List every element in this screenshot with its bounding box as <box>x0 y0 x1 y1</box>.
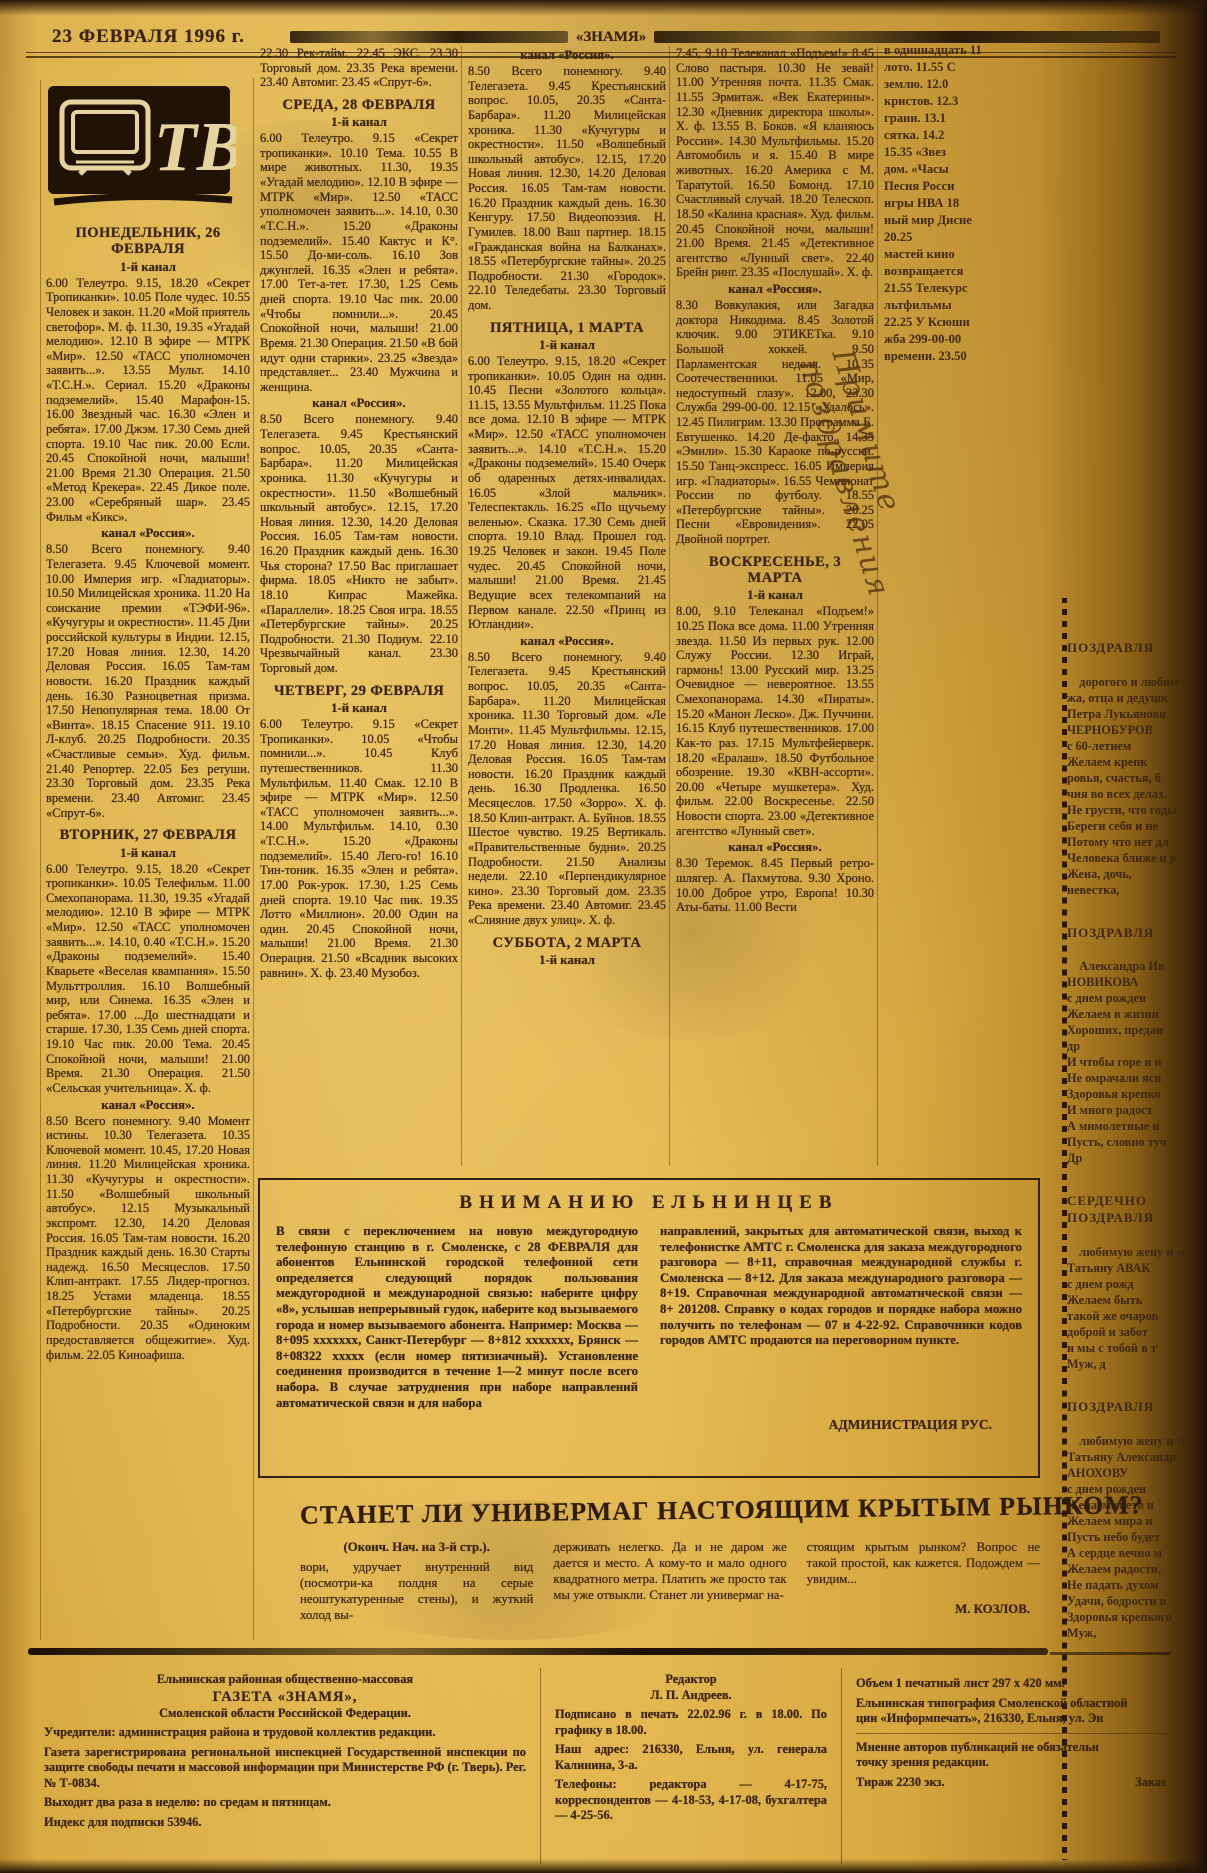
tv-listing-tuesday-ch2-cont: 22.30 Рек-тайм. 22.45 ЭКС. 23.30 Торговы… <box>260 46 458 90</box>
congrat-text: дорогого и любим жа, отца и дедушк Петра… <box>1067 675 1179 897</box>
tv-column-2: 22.30 Рек-тайм. 22.45 ЭКС. 23.30 Торговы… <box>260 46 458 1166</box>
channel-heading: 1-й канал <box>676 588 874 603</box>
imprint-volume: Объем 1 печатный лист 297 х 420 мм. <box>856 1676 1166 1692</box>
imprint-subscription-index: Индекс для подписки 53946. <box>44 1815 526 1831</box>
congrat-text: любимую жену и м Татьяну Александр АНОХО… <box>1067 1434 1185 1640</box>
day-heading-sunday: ВОСКРЕСЕНЬЕ, 3 МАРТА <box>680 554 870 587</box>
tv-column-1: ТВ ПОНЕДЕЛЬНИК, 26 ФЕВРАЛЯ 1-й канал 6.0… <box>46 80 250 1646</box>
congrat-text: Александра Ив НОВИКОВА с днем рожден Жел… <box>1067 959 1167 1165</box>
congrat-heading: ПОЗДРАВЛЯ <box>1067 925 1207 942</box>
channel-heading: 1-й канал <box>260 701 458 716</box>
channel-heading: 1-й канал <box>468 338 666 353</box>
issue-date: 23 ФЕВРАЛЯ 1996 г. <box>52 26 245 48</box>
notice-right-column: направлений, закрытых для автоматической… <box>660 1224 1022 1411</box>
channel-heading: канал «Россия». <box>676 840 874 855</box>
tv-listing-thursday-ch1: 6.00 Телеутро. 9.15 «Секрет Тропиканки».… <box>260 717 458 980</box>
footer-divider-fragment <box>1050 1652 1170 1655</box>
imprint-publisher-line: Ельнинская районная общественно-массовая <box>44 1672 526 1688</box>
imprint-right: Объем 1 печатный лист 297 х 420 мм. Ельн… <box>842 1668 1180 1864</box>
tv-listing-tuesday-ch1: 6.00 Телеутро. 9.15, 18.20 «Секрет тропи… <box>46 862 250 1096</box>
editor-name: Л. П. Андреев. <box>555 1688 827 1704</box>
article-body: (Оконч. Нач. на 3-й стр.). вори, удручае… <box>300 1540 1040 1624</box>
tv-listing-wednesday-ch2: 8.50 Всего понемногу. 9.40 Телегазета. 9… <box>260 412 458 675</box>
tv-listing-friday-ch1: 6.00 Телеутро. 9.15, 18.20 «Секрет тропи… <box>468 354 666 632</box>
imprint-print-time: Подписано в печать 22.02.96 г. в 18.00. … <box>555 1707 827 1738</box>
masthead-rule-left <box>290 31 568 43</box>
article-column-2: держивать нелегко. Да и не даром же дает… <box>553 1540 786 1624</box>
notice-box: ВНИМАНИЮ ЕЛЬНИНЦЕВ В связи с переключени… <box>258 1178 1040 1478</box>
day-heading-thursday: ЧЕТВЕРГ, 29 ФЕВРАЛЯ <box>264 683 454 699</box>
imprint-printhouse: Ельнинская типография Смоленской областн… <box>856 1696 1166 1727</box>
channel-heading: канал «Россия». <box>46 526 250 541</box>
channel-heading: канал «Россия». <box>468 48 666 63</box>
article-continuation-note: (Оконч. Нач. на 3-й стр.). <box>300 1540 533 1556</box>
torn-edge-tv-column: в одиннадцать 11 лото. 11.55 С землю. 12… <box>884 42 1184 582</box>
tv-logo-graphic: ТВ <box>46 84 236 212</box>
tv-program-logo: ТВ <box>46 84 250 217</box>
tv-listing-saturday-ch1: 7.45, 9.10 Телеканал «Подъем!» 8.45 Слов… <box>676 46 874 280</box>
day-heading-tuesday: ВТОРНИК, 27 ФЕВРАЛЯ <box>50 827 246 843</box>
channel-heading: канал «Россия». <box>676 282 874 297</box>
congrat-heading: ПОЗДРАВЛЯ <box>1067 640 1207 657</box>
day-heading-saturday: СУББОТА, 2 МАРТА <box>472 935 662 951</box>
article-text: вори, удручает внутренний вид (посмотри-… <box>300 1560 533 1622</box>
imprint-region: Смоленской области Российской Федерации. <box>44 1706 526 1722</box>
imprint-circulation-row: Тираж 2230 экз. Заказ <box>856 1775 1166 1791</box>
channel-heading: 1-й канал <box>46 260 250 275</box>
imprint-middle: Редактор Л. П. Андреев. Подписано в печа… <box>541 1668 841 1864</box>
channel-heading: 1-й канал <box>260 115 458 130</box>
imprint-left: Ельнинская районная общественно-массовая… <box>30 1668 540 1864</box>
imprint-founders: Учредители: администрация района и трудо… <box>44 1725 526 1741</box>
channel-heading: канал «Россия». <box>468 634 666 649</box>
article-column-3: стоящим крытым рынком? Вопрос не такой п… <box>807 1540 1040 1624</box>
column-rule <box>253 78 254 1640</box>
channel-heading: канал «Россия». <box>260 396 458 411</box>
tv-listing-friday-ch2: 8.50 Всего понемногу. 9.40 Телегазета. 9… <box>468 650 666 928</box>
channel-heading: 1-й канал <box>468 953 666 968</box>
tv-column-3: канал «Россия». 8.50 Всего понемногу. 9.… <box>468 46 666 1166</box>
tv-listing-sunday-ch2: 8.30 Теремок. 8.45 Первый ретро-шлягер. … <box>676 856 874 915</box>
column-rule <box>40 80 41 1640</box>
article-column-1: (Оконч. Нач. на 3-й стр.). вори, удручае… <box>300 1540 533 1624</box>
channel-heading: 1-й канал <box>46 846 250 861</box>
imprint-address: Наш адрес: 216330, Ельня, ул. генерала К… <box>555 1742 827 1773</box>
tv-listing-thursday-ch2: 8.50 Всего понемногу. 9.40 Телегазета. 9… <box>468 64 666 313</box>
channel-heading: канал «Россия». <box>46 1098 250 1113</box>
notice-left-column: В связи с переключением на новую междуго… <box>276 1224 638 1411</box>
imprint-footer: Ельнинская районная общественно-массовая… <box>30 1668 1180 1864</box>
newspaper-scan: 23 ФЕВРАЛЯ 1996 г. «ЗНАМЯ» ТВ <box>0 0 1207 1873</box>
svg-text:ТВ: ТВ <box>154 109 236 186</box>
tv-column-4: 7.45, 9.10 Телеканал «Подъем!» 8.45 Слов… <box>676 46 874 1166</box>
tv-listing-sunday-ch1: 8.00, 9.10 Телеканал «Подъем!» 10.25 Пок… <box>676 604 874 838</box>
imprint-disclaimer: Мнение авторов публикаций не обязательн … <box>856 1740 1166 1771</box>
imprint-registration: Газета зарегистрирована региональной инс… <box>44 1745 526 1792</box>
tv-listing-wednesday-ch1: 6.00 Телеутро. 9.15 «Секрет тропиканки».… <box>260 131 458 394</box>
imprint-schedule: Выходит два раза в неделю: по средам и п… <box>44 1795 526 1811</box>
day-heading-wednesday: СРЕДА, 28 ФЕВРАЛЯ <box>264 97 454 113</box>
tv-listing-tuesday-ch2: 8.50 Всего понемногу. 9.40 Момент истины… <box>46 1114 250 1363</box>
imprint-circulation: Тираж 2230 экз. <box>856 1775 945 1791</box>
editor-label: Редактор <box>555 1672 827 1688</box>
column-rule <box>461 46 462 1166</box>
notice-signature: АДМИНИСТРАЦИЯ РУС. <box>276 1417 1022 1433</box>
tv-listing-monday-ch1: 6.00 Телеутро. 9.15, 18.20 «Секрет Тропи… <box>46 276 250 525</box>
footer-inner-rule <box>856 1733 1166 1734</box>
article-author: М. КОЗЛОВ. <box>807 1602 1040 1618</box>
day-heading-monday: ПОНЕДЕЛЬНИК, 26 ФЕВРАЛЯ <box>50 225 246 258</box>
tv-listing-monday-ch2: 8.50 Всего понемногу. 9.40 Телегазета. 9… <box>46 542 250 820</box>
congrat-text: любимую жену и м Татьяну АВАК с днем рож… <box>1067 1245 1185 1371</box>
day-heading-friday: ПЯТНИЦА, 1 МАРТА <box>472 320 662 336</box>
masthead-title: «ЗНАМЯ» <box>568 29 654 46</box>
imprint-phones: Телефоны: редактора — 4-17-75, корреспон… <box>555 1777 827 1824</box>
notice-title: ВНИМАНИЮ ЕЛЬНИНЦЕВ <box>276 1192 1022 1214</box>
footer-divider <box>28 1648 1048 1655</box>
congrat-heading: ПОЗДРАВЛЯ <box>1067 1399 1207 1416</box>
imprint-order-fragment: Заказ <box>1135 1775 1166 1791</box>
article-headline: СТАНЕТ ЛИ УНИВЕРМАГ НАСТОЯЩИМ КРЫТЫМ РЫН… <box>300 1491 1050 1530</box>
imprint-paper-name: ГАЗЕТА «ЗНАМЯ», <box>44 1688 526 1706</box>
congrat-heading: СЕРДЕЧНО ПОЗДРАВЛЯ <box>1067 1193 1207 1227</box>
article-text: стоящим крытым рынком? Вопрос не такой п… <box>807 1540 1040 1586</box>
